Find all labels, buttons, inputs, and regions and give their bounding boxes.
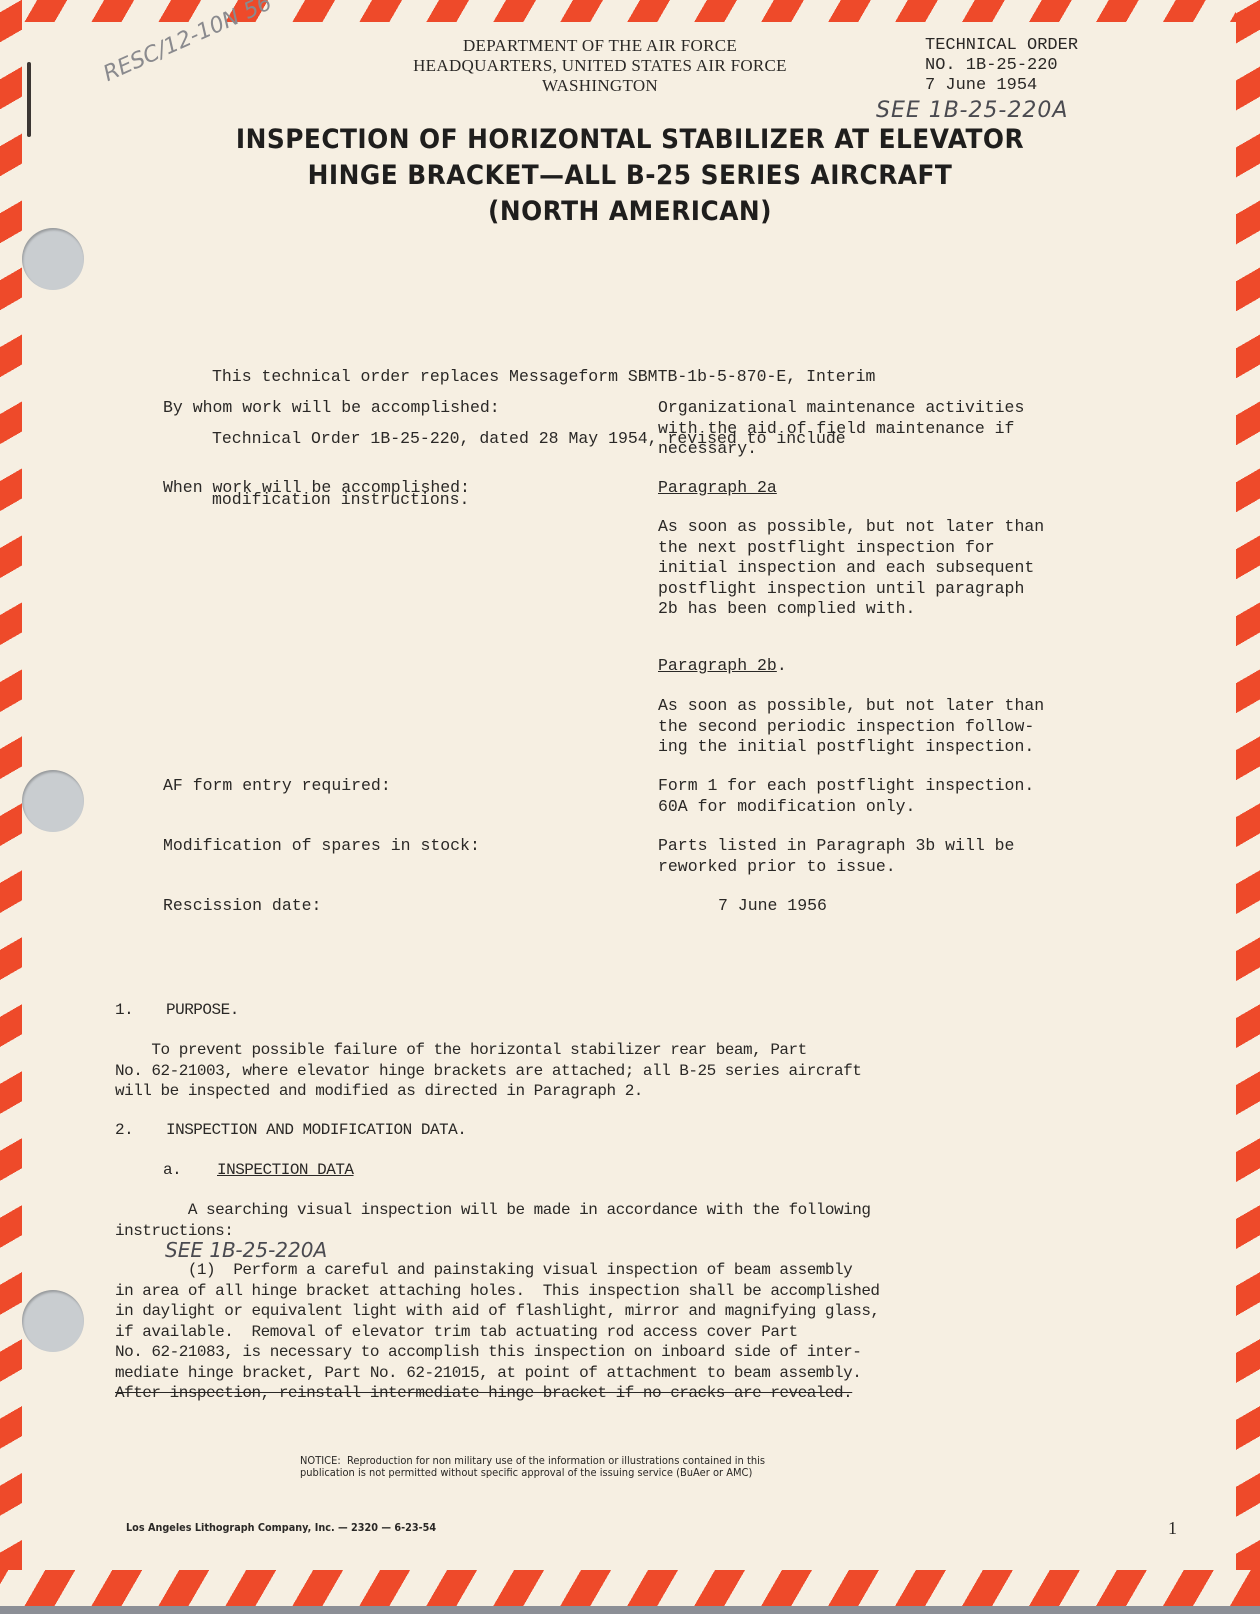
subsection-a-letter: a. [163, 1160, 181, 1181]
to-label: TECHNICAL ORDER [925, 36, 1078, 56]
page-edge [0, 1606, 1260, 1614]
paragraph-2b-heading-wrap: Paragraph 2b. [658, 656, 787, 677]
hazard-stripe-bottom [0, 1570, 1260, 1606]
hazard-stripe-top [0, 0, 1260, 22]
field-value-by-whom: Organizational maintenance activities wi… [658, 398, 1024, 460]
paragraph-2a-text: As soon as possible, but not later than … [658, 517, 1044, 620]
department-line: DEPARTMENT OF THE AIR FORCE [360, 36, 840, 56]
section-1-number: 1. [115, 1000, 133, 1021]
section-2-number: 2. [115, 1120, 133, 1141]
subsection-a-heading: INSPECTION DATA [217, 1160, 354, 1181]
section-2-heading: INSPECTION AND MODIFICATION DATA. [166, 1120, 466, 1141]
punch-hole-icon [22, 228, 84, 290]
field-value-af-form: Form 1 for each postflight inspection. 6… [658, 776, 1034, 817]
handwritten-see-reference: SEE 1B-25-220A [876, 98, 1068, 123]
field-value-spares: Parts listed in Paragraph 3b will be rew… [658, 836, 1014, 877]
title-line: INSPECTION OF HORIZONTAL STABILIZER AT E… [161, 122, 1099, 158]
paragraph-2a-heading: Paragraph 2a [658, 478, 777, 499]
printer-credit: Los Angeles Lithograph Company, Inc. — 2… [126, 1521, 436, 1534]
field-label-when: When work will be accomplished: [163, 478, 470, 499]
to-number: NO. 1B-25-220 [925, 56, 1078, 76]
hazard-stripe-right [1236, 0, 1260, 1570]
intro-line: This technical order replaces Messagefor… [212, 367, 875, 388]
binder-mark [27, 62, 31, 137]
section-1-text: To prevent possible failure of the horiz… [115, 1040, 861, 1102]
title-line: HINGE BRACKET—ALL B-25 SERIES AIRCRAFT [161, 158, 1099, 194]
section-1-heading: PURPOSE. [166, 1000, 239, 1021]
punch-hole-icon [22, 1290, 84, 1352]
title-line: (NORTH AMERICAN) [161, 194, 1099, 230]
field-label-af-form: AF form entry required: [163, 776, 391, 797]
document-title: INSPECTION OF HORIZONTAL STABILIZER AT E… [161, 122, 1099, 230]
paragraph-2b-heading: Paragraph 2b [658, 656, 777, 675]
page-number: 1 [1168, 1518, 1177, 1539]
paragraph-2b-text: As soon as possible, but not later than … [658, 696, 1044, 758]
field-label-by-whom: By whom work will be accomplished: [163, 398, 500, 419]
department-line: HEADQUARTERS, UNITED STATES AIR FORCE [360, 56, 840, 76]
inspection-item-1-struck-line: After inspection, reinstall intermediate… [115, 1383, 852, 1404]
department-line: WASHINGTON [360, 76, 840, 96]
technical-order-block: TECHNICAL ORDER NO. 1B-25-220 7 June 195… [925, 36, 1078, 96]
field-label-spares: Modification of spares in stock: [163, 836, 480, 857]
hazard-stripe-left [0, 0, 22, 1570]
inspection-item-1: (1) Perform a careful and painstaking vi… [115, 1260, 880, 1383]
punch-hole-icon [22, 770, 84, 832]
department-heading: DEPARTMENT OF THE AIR FORCE HEADQUARTERS… [360, 36, 840, 96]
subsection-a-intro: A searching visual inspection will be ma… [115, 1200, 870, 1241]
field-value-rescission: 7 June 1956 [718, 896, 827, 917]
handwritten-see-reference: SEE 1B-25-220A [165, 1238, 327, 1262]
field-label-rescission: Rescission date: [163, 896, 321, 917]
to-date: 7 June 1954 [925, 76, 1078, 96]
reproduction-notice: NOTICE: Reproduction for non military us… [300, 1455, 765, 1479]
